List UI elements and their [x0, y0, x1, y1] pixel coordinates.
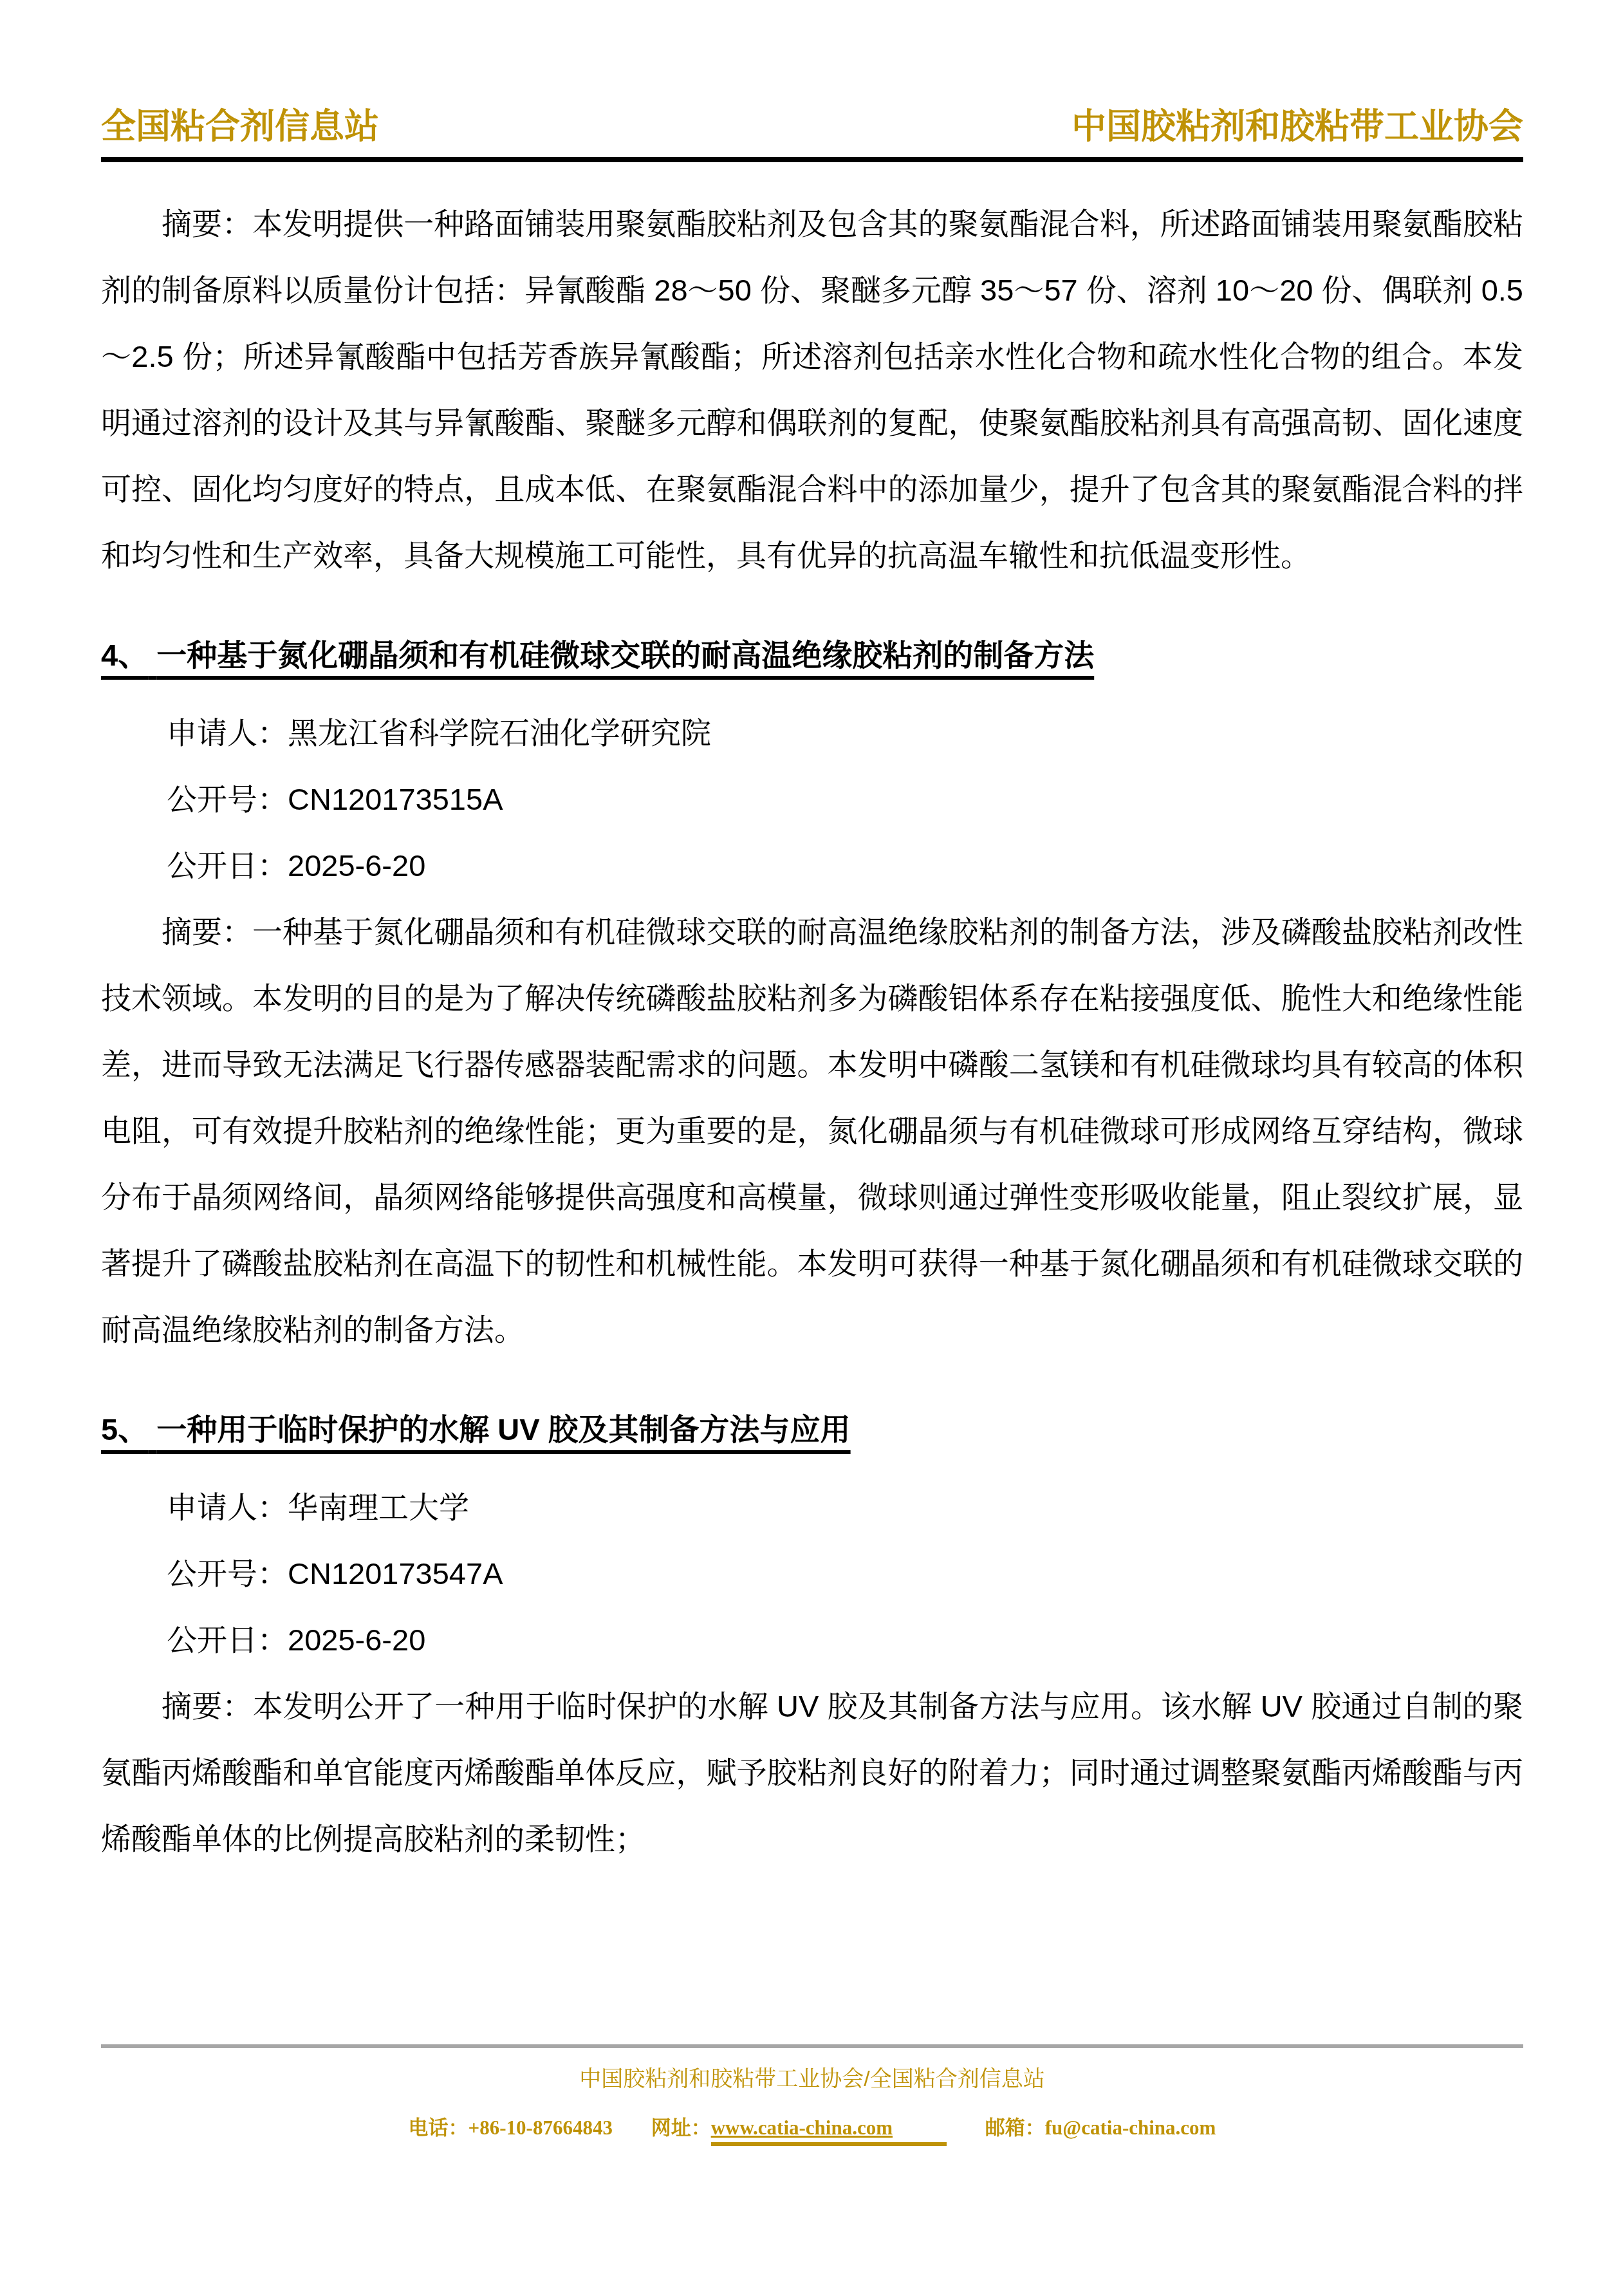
- header-association-name: 中国胶粘剂和胶粘带工业协会: [1071, 107, 1523, 147]
- header-site-name: 全国粘合剂信息站: [101, 107, 379, 147]
- footer-contact-line: 电话：+86-10-87664843 网址：www.catia-china.co…: [101, 2115, 1523, 2141]
- continued-patent-abstract: 摘要：本发明提供一种路面铺装用聚氨酯胶粘剂及包含其的聚氨酯混合料，所述路面铺装用…: [101, 191, 1523, 588]
- patent-5-title-text: 一种用于临时保护的水解 UV 胶及其制备方法与应用: [156, 1412, 850, 1446]
- pub-date-value: 2025-6-20: [288, 1623, 425, 1657]
- patent-5-publication-date: 公开日：2025-6-20: [101, 1607, 1523, 1673]
- applicant-label: 申请人：: [167, 1490, 288, 1524]
- document-body: 摘要：本发明提供一种路面铺装用聚氨酯胶粘剂及包含其的聚氨酯混合料，所述路面铺装用…: [101, 191, 1523, 1872]
- footer-rule: [101, 2044, 1523, 2048]
- pub-no-label: 公开号：: [167, 1556, 288, 1591]
- patent-4-number: 4、: [101, 638, 148, 672]
- email-label: 邮箱：: [985, 2116, 1045, 2139]
- patent-4-publication-number: 公开号：CN120173515A: [101, 766, 1523, 832]
- patent-5-number: 5、: [101, 1412, 148, 1446]
- footer-website: 网址：www.catia-china.com: [651, 2116, 947, 2139]
- website-underline: www.catia-china.com: [711, 2116, 947, 2146]
- pub-no-label: 公开号：: [167, 782, 288, 816]
- pub-no-value: CN120173515A: [288, 782, 503, 816]
- header-rule: [101, 157, 1523, 162]
- patent-5-abstract: 摘要：本发明公开了一种用于临时保护的水解 UV 胶及其制备方法与应用。该水解 U…: [101, 1673, 1523, 1872]
- footer-phone: 电话：+86-10-87664843: [409, 2116, 613, 2139]
- patent-4-title: 4、 一种基于氮化硼晶须和有机硅微球交联的耐高温绝缘胶粘剂的制备方法: [101, 622, 1523, 688]
- applicant-value: 华南理工大学: [288, 1490, 469, 1524]
- pub-date-value: 2025-6-20: [288, 848, 425, 882]
- page-header: 全国粘合剂信息站 中国胶粘剂和胶粘带工业协会: [101, 107, 1523, 147]
- footer-org-line: 中国胶粘剂和胶粘带工业协会/全国粘合剂信息站: [101, 2065, 1523, 2093]
- patent-5-publication-number: 公开号：CN120173547A: [101, 1540, 1523, 1607]
- pub-date-label: 公开日：: [167, 1623, 288, 1657]
- web-label: 网址：: [651, 2116, 711, 2139]
- patent-4-publication-date: 公开日：2025-6-20: [101, 832, 1523, 899]
- applicant-value: 黑龙江省科学院石油化学研究院: [288, 716, 711, 750]
- patent-entry-5: 5、 一种用于临时保护的水解 UV 胶及其制备方法与应用 申请人：华南理工大学 …: [101, 1396, 1523, 1872]
- footer-email: 邮箱：fu@catia-china.com: [985, 2116, 1216, 2139]
- patent-5-title: 5、 一种用于临时保护的水解 UV 胶及其制备方法与应用: [101, 1396, 1523, 1462]
- applicant-label: 申请人：: [167, 716, 288, 750]
- patent-4-applicant: 申请人：黑龙江省科学院石油化学研究院: [101, 700, 1523, 766]
- patent-4-abstract: 摘要：一种基于氮化硼晶须和有机硅微球交联的耐高温绝缘胶粘剂的制备方法，涉及磷酸盐…: [101, 899, 1523, 1363]
- phone-label: 电话：: [409, 2116, 468, 2139]
- patent-4-title-text: 一种基于氮化硼晶须和有机硅微球交联的耐高温绝缘胶粘剂的制备方法: [156, 638, 1094, 672]
- page-footer: 中国胶粘剂和胶粘带工业协会/全国粘合剂信息站 电话：+86-10-8766484…: [101, 2044, 1523, 2141]
- pub-no-value: CN120173547A: [288, 1556, 503, 1591]
- document-page: 全国粘合剂信息站 中国胶粘剂和胶粘带工业协会 摘要：本发明提供一种路面铺装用聚氨…: [0, 0, 1623, 2296]
- phone-value: +86-10-87664843: [468, 2116, 613, 2139]
- patent-5-applicant: 申请人：华南理工大学: [101, 1474, 1523, 1540]
- patent-entry-4: 4、 一种基于氮化硼晶须和有机硅微球交联的耐高温绝缘胶粘剂的制备方法 申请人：黑…: [101, 622, 1523, 1363]
- pub-date-label: 公开日：: [167, 848, 288, 882]
- email-value: fu@catia-china.com: [1045, 2116, 1216, 2139]
- website-link[interactable]: www.catia-china.com: [711, 2116, 893, 2139]
